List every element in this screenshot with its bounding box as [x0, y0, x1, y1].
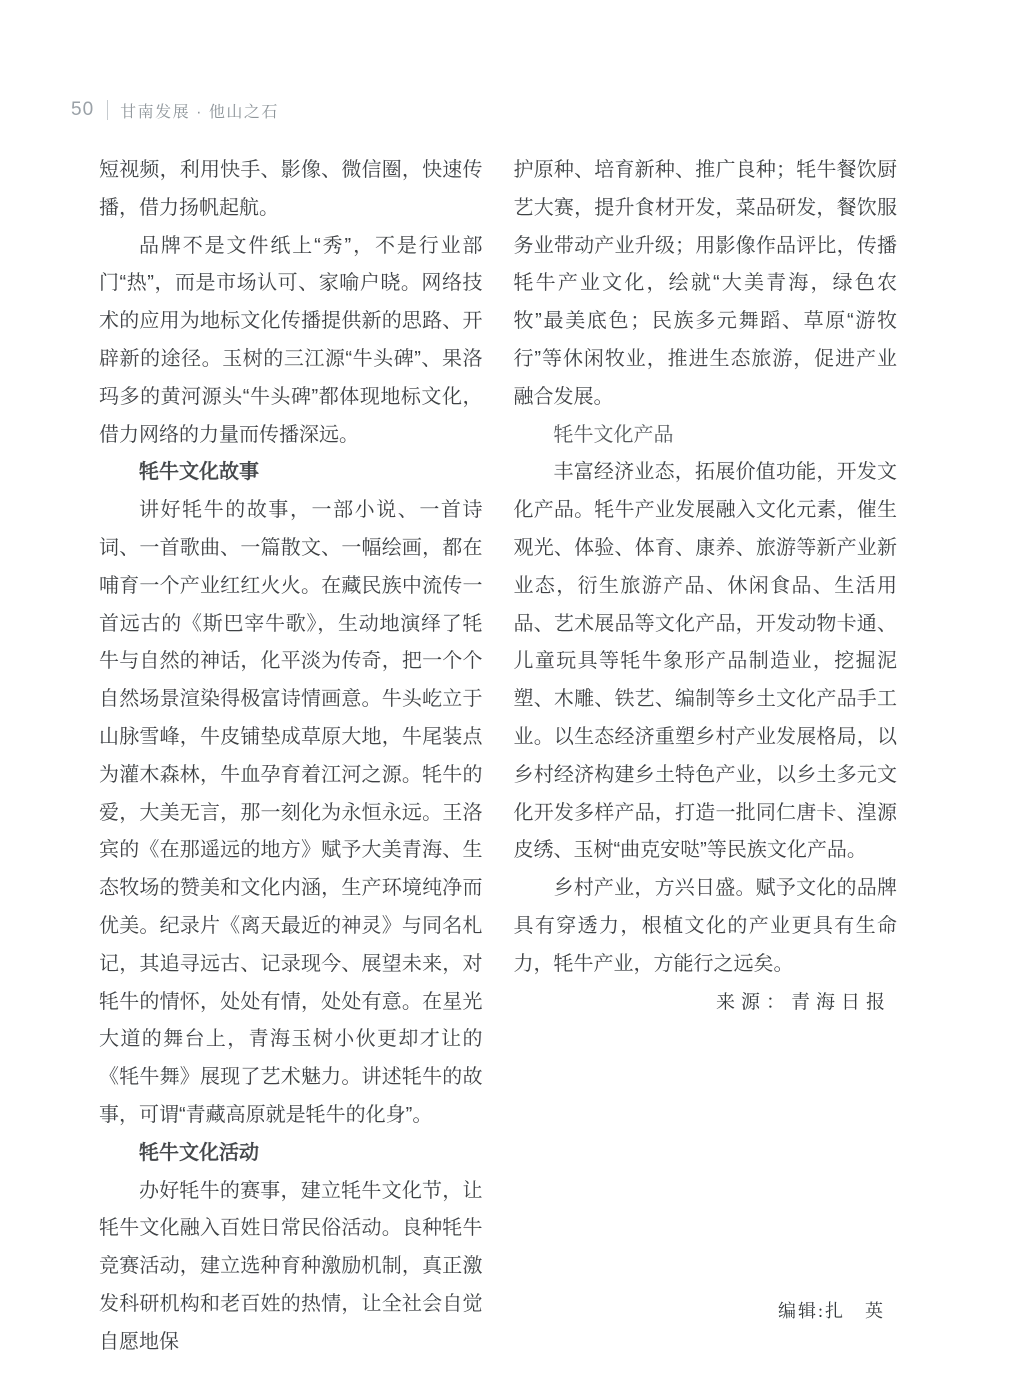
page-number: 50 [71, 99, 94, 121]
editor-credit: 编辑:扎 英 [778, 1297, 885, 1323]
paragraph: 讲好牦牛的故事，一部小说、一首诗词、一首歌曲、一篇散文、一幅绘画，都在哺育一个产… [99, 492, 483, 1135]
journal-title: 甘南发展 · 他山之石 [120, 99, 279, 122]
paragraph: 短视频，利用快手、影像、微信圈，快速传播，借力扬帆起航。 [99, 152, 483, 228]
header-divider [107, 100, 108, 120]
paragraph: 护原种、培育新种、推广良种；牦牛餐饮厨艺大赛，提升食材开发，菜品研发，餐饮服务业… [514, 152, 898, 417]
source-attribution: 来源：青海日报 [514, 984, 898, 1022]
paragraph: 乡村产业，方兴日盛。赋予文化的品牌具有穿透力，根植文化的产业更具有生命力，牦牛产… [514, 870, 898, 983]
section-heading-activity: 牦牛文化活动 [99, 1135, 483, 1173]
paragraph: 办好牦牛的赛事，建立牦牛文化节，让牦牛文化融入百姓日常民俗活动。良种牦牛竞赛活动… [99, 1173, 483, 1362]
section-heading-product: 牦牛文化产品 [514, 417, 898, 455]
article-body: 短视频，利用快手、影像、微信圈，快速传播，借力扬帆起航。 品牌不是文件纸上“秀”… [99, 152, 897, 1362]
section-heading-story: 牦牛文化故事 [99, 454, 483, 492]
paragraph: 品牌不是文件纸上“秀”，不是行业部门“热”，而是市场认可、家喻户晓。网络技术的应… [99, 228, 483, 455]
column-left: 短视频，利用快手、影像、微信圈，快速传播，借力扬帆起航。 品牌不是文件纸上“秀”… [99, 152, 483, 1362]
column-right: 护原种、培育新种、推广良种；牦牛餐饮厨艺大赛，提升食材开发，菜品研发，餐饮服务业… [514, 152, 898, 1362]
paragraph: 丰富经济业态，拓展价值功能，开发文化产品。牦牛产业发展融入文化元素，催生观光、体… [514, 454, 898, 870]
page-header: 50 甘南发展 · 他山之石 [71, 97, 279, 123]
